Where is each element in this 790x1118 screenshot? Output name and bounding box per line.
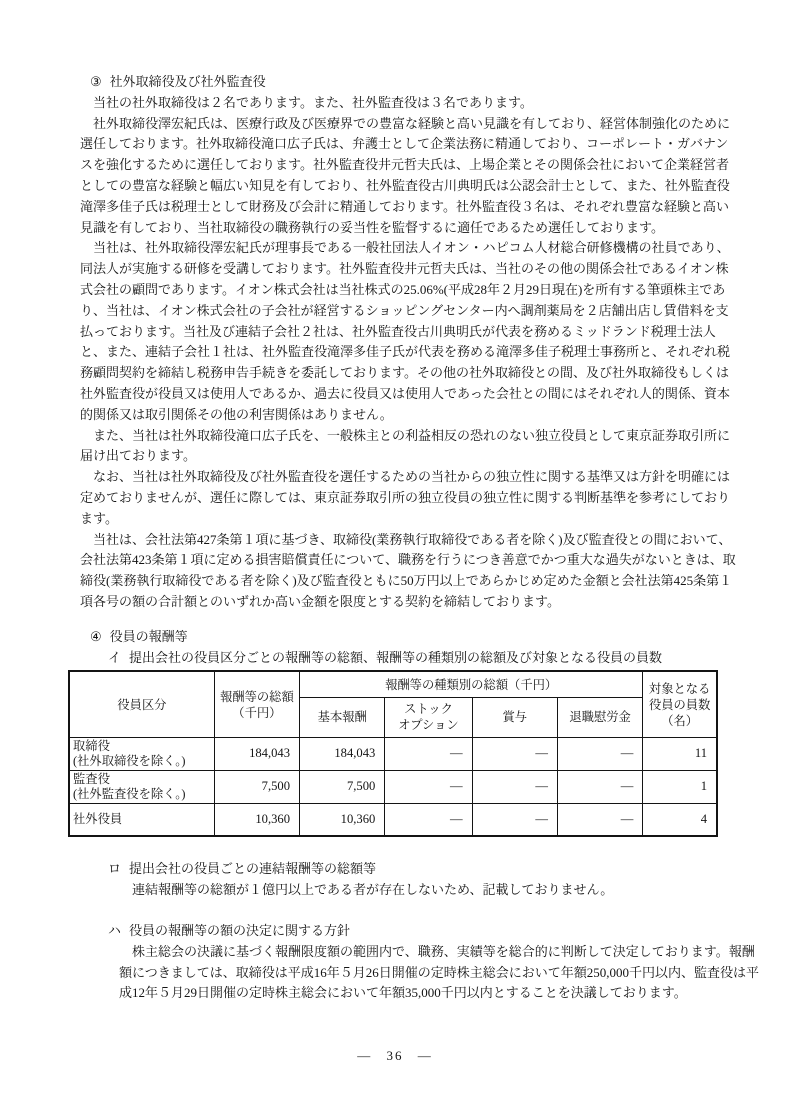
item-ha-heading: ハ 役員の報酬等の額の決定に関する方針	[108, 921, 728, 942]
section3-heading: ③ 社外取締役及び社外監査役	[90, 72, 728, 93]
table-row-outside-officers: 社外役員 10,360 10,360 ― ― ― 4	[69, 803, 717, 836]
item-i-heading: イ 提出会社の役員区分ごとの報酬等の総額、報酬等の種類別の総額及び対象となる役員…	[108, 648, 728, 669]
row-basic: 10,360	[300, 803, 385, 836]
section3-paragraph-2: 社外取締役澤宏紀氏は、医療行政及び医療界での豊富な経験と高い見識を有しており、経…	[80, 114, 728, 239]
item-ha-label: ハ	[108, 921, 121, 942]
item-i-label: イ	[108, 648, 121, 669]
row-basic: 184,043	[300, 737, 385, 770]
item-i-title: 提出会社の役員区分ごとの報酬等の総額、報酬等の種類別の総額及び対象となる役員の員…	[129, 648, 662, 669]
row-stock-option: ―	[385, 737, 472, 770]
item-ro-body: 連結報酬等の総額が１億円以上である者が存在しないため、記載しておりません。	[132, 880, 728, 901]
header-basic-compensation: 基本報酬	[300, 697, 385, 737]
row-bonus: ―	[472, 770, 557, 803]
row-stock-option: ―	[385, 803, 472, 836]
row-label: 社外役員	[69, 803, 214, 836]
document-page: ③ 社外取締役及び社外監査役 当社の社外取締役は２名であります。また、社外監査役…	[0, 0, 790, 1118]
table-row-directors: 取締役 (社外取締役を除く。) 184,043 184,043 ― ― ― 11	[69, 737, 717, 770]
item-ha-title: 役員の報酬等の額の決定に関する方針	[129, 921, 350, 942]
section3-paragraph-1: 当社の社外取締役は２名であります。また、社外監査役は３名であります。	[80, 93, 728, 114]
row-stock-option: ―	[385, 770, 472, 803]
page-number: ― 36 ―	[0, 1048, 790, 1064]
compensation-table: 役員区分 報酬等の総額 （千円） 報酬等の種類別の総額（千円） 対象となる 役員…	[68, 670, 718, 837]
section3-paragraph-6: 当社は、会社法第427条第１項に基づき、取締役(業務執行取締役である者を除く)及…	[80, 530, 728, 613]
section3-paragraph-5: なお、当社は社外取締役及び社外監査役を選任するための当社からの独立性に関する基準…	[80, 467, 728, 529]
header-officer-category: 役員区分	[69, 671, 214, 737]
section3-number: ③	[90, 72, 102, 93]
row-bonus: ―	[472, 737, 557, 770]
row-retirement: ―	[557, 770, 642, 803]
row-label: 取締役 (社外取締役を除く。)	[69, 737, 214, 770]
row-total: 7,500	[214, 770, 299, 803]
header-bonus: 賞与	[472, 697, 557, 737]
header-target-count: 対象となる 役員の員数 （名）	[643, 671, 717, 737]
row-count: 11	[643, 737, 717, 770]
header-by-type-group: 報酬等の種類別の総額（千円）	[300, 671, 643, 697]
row-total: 10,360	[214, 803, 299, 836]
row-basic: 7,500	[300, 770, 385, 803]
header-total-amount: 報酬等の総額 （千円）	[214, 671, 299, 737]
row-total: 184,043	[214, 737, 299, 770]
section4-heading: ④ 役員の報酬等	[90, 627, 728, 648]
row-count: 4	[643, 803, 717, 836]
row-count: 1	[643, 770, 717, 803]
item-ro-title: 提出会社の役員ごとの連結報酬等の総額等	[129, 859, 376, 880]
section4-title: 役員の報酬等	[110, 627, 188, 648]
row-bonus: ―	[472, 803, 557, 836]
section4: ④ 役員の報酬等 イ 提出会社の役員区分ごとの報酬等の総額、報酬等の種類別の総額…	[80, 627, 728, 1004]
item-ha: ハ 役員の報酬等の額の決定に関する方針 株主総会の決議に基づく報酬限度額の範囲内…	[80, 921, 728, 1004]
compensation-table-wrap: 役員区分 報酬等の総額 （千円） 報酬等の種類別の総額（千円） 対象となる 役員…	[68, 670, 728, 837]
item-ro: ロ 提出会社の役員ごとの連結報酬等の総額等 連結報酬等の総額が１億円以上である者…	[80, 859, 728, 901]
header-retirement-benefit: 退職慰労金	[557, 697, 642, 737]
item-ro-heading: ロ 提出会社の役員ごとの連結報酬等の総額等	[108, 859, 728, 880]
table-row-auditors: 監査役 (社外監査役を除く。) 7,500 7,500 ― ― ― 1	[69, 770, 717, 803]
header-stock-option: ストック オプション	[385, 697, 472, 737]
section3-paragraph-4: また、当社は社外取締役滝口広子氏を、一般株主との利益相反の恐れのない独立役員とし…	[80, 426, 728, 468]
page-content: ③ 社外取締役及び社外監査役 当社の社外取締役は２名であります。また、社外監査役…	[80, 72, 728, 1004]
row-label: 監査役 (社外監査役を除く。)	[69, 770, 214, 803]
item-ha-body: 株主総会の決議に基づく報酬限度額の範囲内で、職務、実績等を総合的に判断して決定し…	[119, 942, 728, 1004]
row-retirement: ―	[557, 737, 642, 770]
row-retirement: ―	[557, 803, 642, 836]
section3-title: 社外取締役及び社外監査役	[110, 72, 266, 93]
item-ro-label: ロ	[108, 859, 121, 880]
section3-paragraph-3: 当社は、社外取締役澤宏紀氏が理事長である一般社団法人イオン・ハピコム人材総合研修…	[80, 238, 728, 425]
section4-number: ④	[90, 627, 102, 648]
